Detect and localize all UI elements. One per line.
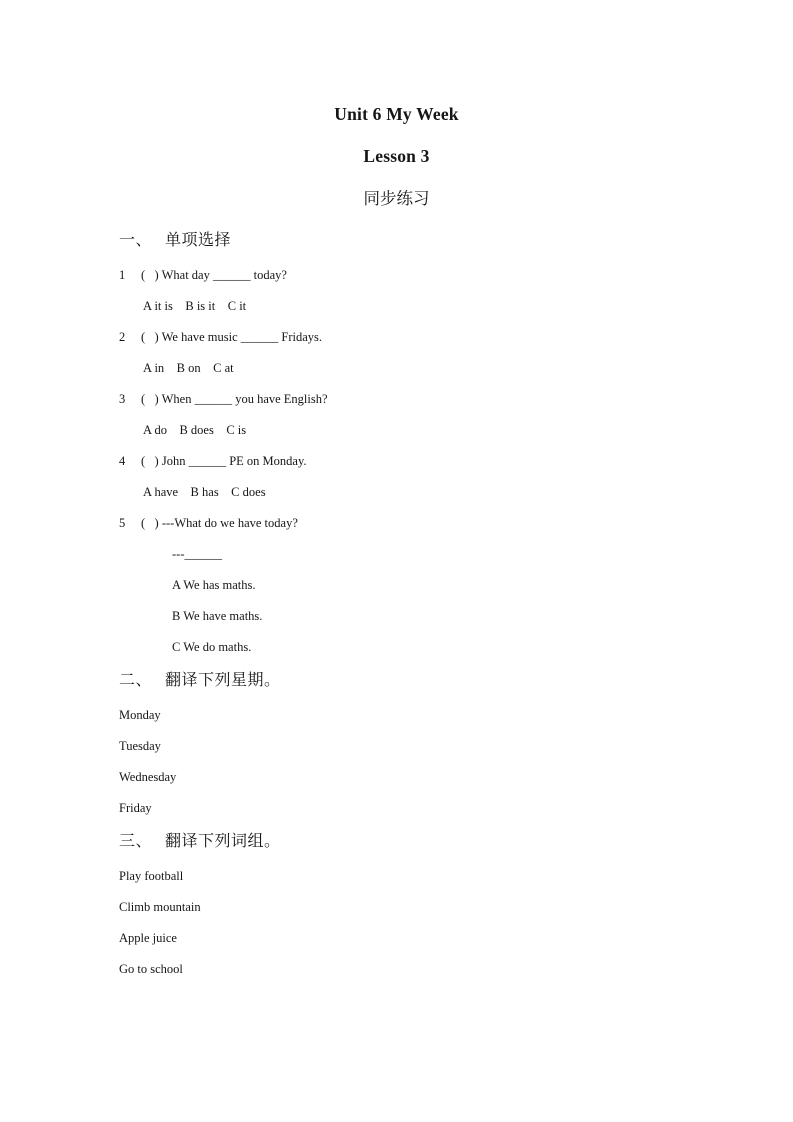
section-3-number: 三、 <box>119 833 152 850</box>
section-3-heading: 三、翻译下列词组。 <box>119 831 793 853</box>
section-3-label: 翻译下列词组。 <box>165 833 281 850</box>
question-2-options: A in B on C at <box>143 360 793 377</box>
section-2-heading: 二、翻译下列星期。 <box>119 670 793 692</box>
unit-title: Unit 6 My Week <box>0 103 793 126</box>
question-2-number: 2 <box>119 329 141 346</box>
phrase-item-apple-juice: Apple juice <box>119 930 793 947</box>
question-5-choice-a: A We has maths. <box>172 577 793 594</box>
question-3: 3 ( ) When ______ you have English? A do… <box>119 391 793 439</box>
question-2-stem: ( ) We have music ______ Fridays. <box>141 329 322 346</box>
worksheet-content: 一、单项选择 1 ( ) What day ______ today? A it… <box>0 210 793 978</box>
question-2: 2 ( ) We have music ______ Fridays. A in… <box>119 329 793 377</box>
question-5: 5 ( ) ---What do we have today? ---_____… <box>119 515 793 656</box>
phrase-item-climb-mountain: Climb mountain <box>119 899 793 916</box>
question-4-number: 4 <box>119 453 141 470</box>
exercise-subtitle: 同步练习 <box>0 187 793 210</box>
phrase-item-go-to-school: Go to school <box>119 961 793 978</box>
question-5-choice-b: B We have maths. <box>172 608 793 625</box>
section-2-label: 翻译下列星期。 <box>165 672 281 689</box>
question-1-number: 1 <box>119 267 141 284</box>
section-2-number: 二、 <box>119 672 152 689</box>
question-1-stem: ( ) What day ______ today? <box>141 267 287 284</box>
phrase-item-play-football: Play football <box>119 868 793 885</box>
question-5-number: 5 <box>119 515 141 532</box>
question-3-options: A do B does C is <box>143 422 793 439</box>
question-4-stem: ( ) John ______ PE on Monday. <box>141 453 307 470</box>
worksheet-page: Unit 6 My Week Lesson 3 同步练习 一、单项选择 1 ( … <box>0 0 793 1122</box>
week-item-friday: Friday <box>119 800 793 817</box>
title-block: Unit 6 My Week Lesson 3 同步练习 <box>0 0 793 210</box>
question-3-number: 3 <box>119 391 141 408</box>
week-item-tuesday: Tuesday <box>119 738 793 755</box>
lesson-title: Lesson 3 <box>0 145 793 168</box>
question-5-answer-blank: ---______ <box>172 546 793 563</box>
question-5-choice-c: C We do maths. <box>172 639 793 656</box>
question-5-stem: ( ) ---What do we have today? <box>141 515 298 532</box>
week-item-wednesday: Wednesday <box>119 769 793 786</box>
question-1-options: A it is B is it C it <box>143 298 793 315</box>
section-1-number: 一、 <box>119 232 152 249</box>
question-3-stem: ( ) When ______ you have English? <box>141 391 328 408</box>
question-4: 4 ( ) John ______ PE on Monday. A have B… <box>119 453 793 501</box>
question-1: 1 ( ) What day ______ today? A it is B i… <box>119 267 793 315</box>
section-1-heading: 一、单项选择 <box>119 230 793 252</box>
question-4-options: A have B has C does <box>143 484 793 501</box>
week-item-monday: Monday <box>119 707 793 724</box>
section-1-label: 单项选择 <box>165 232 231 249</box>
